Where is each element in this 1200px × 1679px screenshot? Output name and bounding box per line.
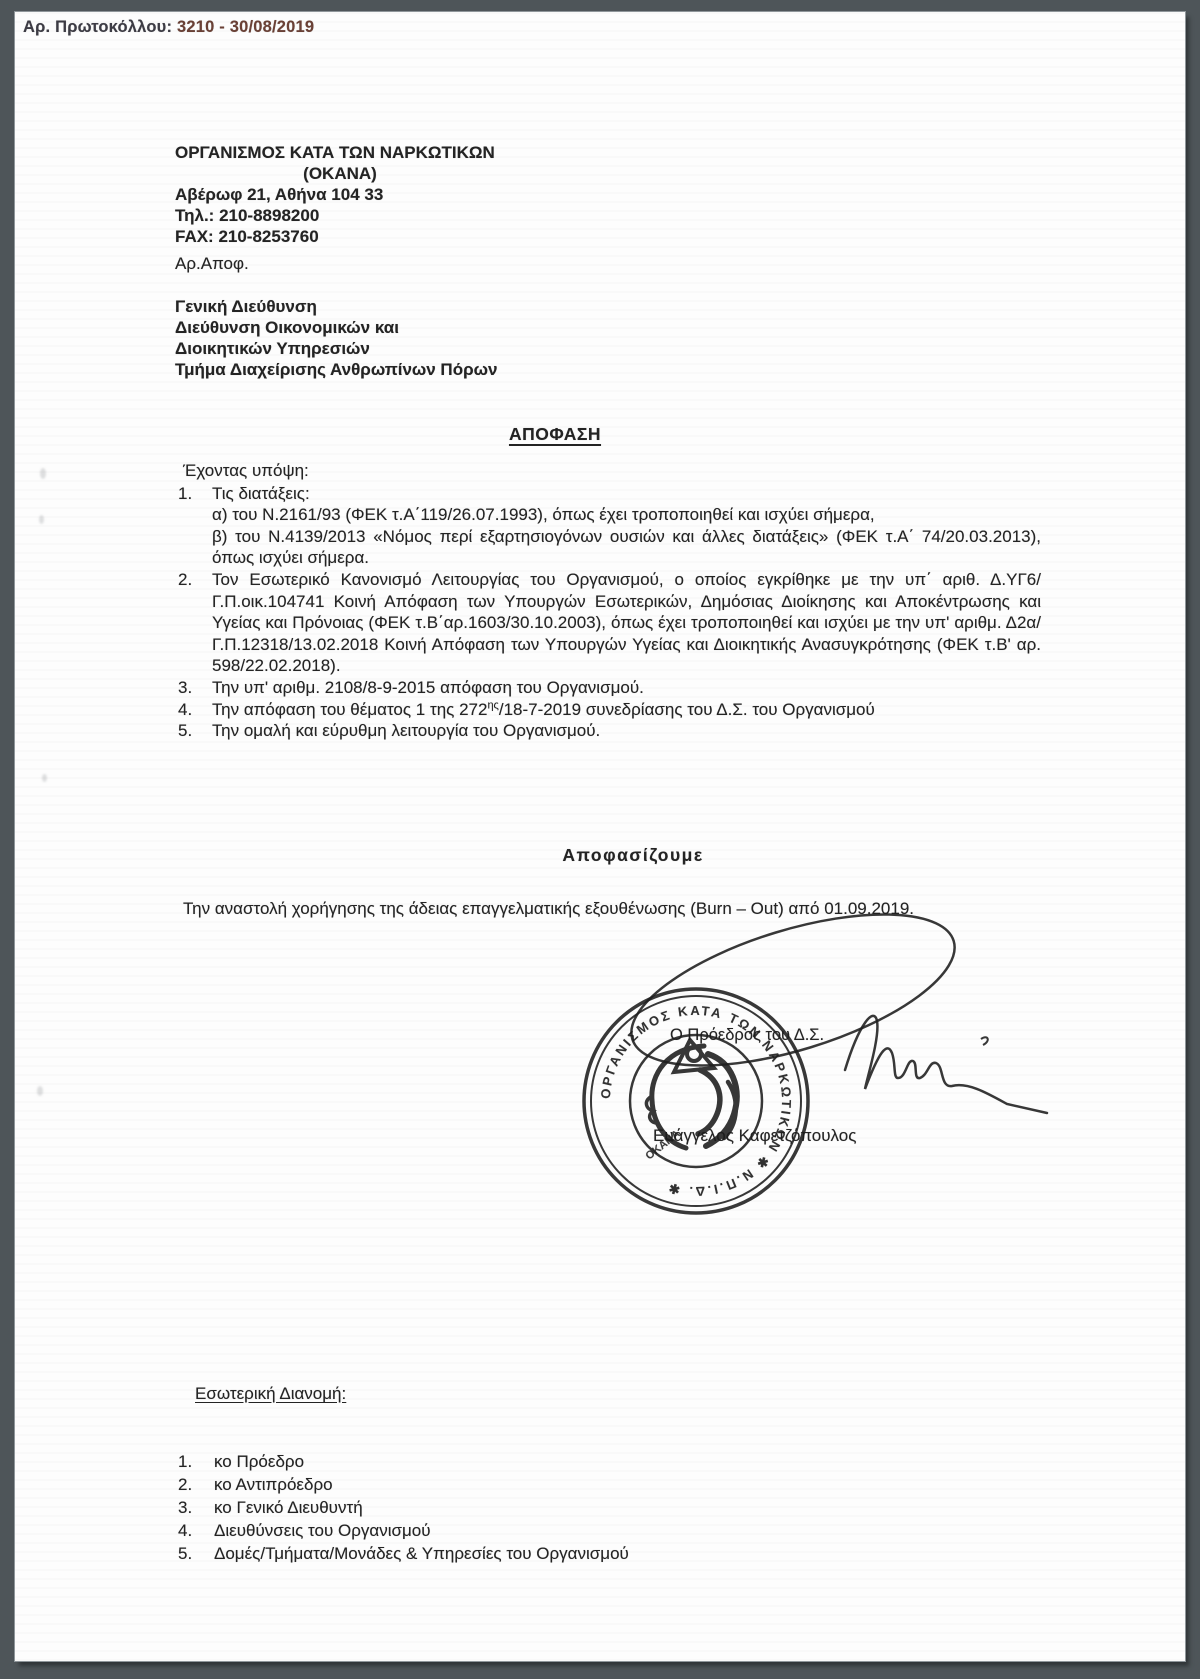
department-line: Γενική Διεύθυνση (175, 296, 545, 317)
distribution-heading: Εσωτερική Διανομή: (195, 1384, 346, 1404)
distribution-item: 5.Δομές/Τμήματα/Μονάδες & Υπηρεσίες του … (178, 1542, 629, 1565)
preamble-intro: Έχοντας υπόψη: (183, 460, 1041, 482)
scan-artifact (39, 515, 44, 524)
ordinal-superscript: ης (487, 699, 498, 711)
stamp-and-signature: ΟΡΓΑΝΙΣΜΟΣ ΚΑΤΑ ΤΩΝ ΝΑΡΚΩΤΙΚΩΝ ✱ Ν.Π.Ι.Δ… (515, 892, 1115, 1242)
decision-body: Την αναστολή χορήγησης της άδειας επαγγε… (183, 898, 1028, 920)
viewer-background: { "protocol": { "label": "Αρ. Πρωτοκόλλο… (0, 0, 1200, 1679)
signatory-name: Ευάγγελος Καφετζόπουλος (653, 1126, 856, 1146)
decision-heading: Αποφασίζουμε (103, 845, 1163, 866)
department-line: Τμήμα Διαχείρισης Ανθρωπίνων Πόρων (175, 359, 545, 380)
item-number: 2. (178, 569, 192, 591)
department-line: Διεύθυνση Οικονομικών και (175, 317, 545, 338)
org-fax: FAX: 210-8253760 (175, 226, 545, 247)
item-text: κο Αντιπρόεδρο (214, 1475, 333, 1494)
org-phone: Τηλ.: 210-8898200 (175, 205, 545, 226)
item-number: 1. (178, 483, 192, 505)
scan-artifact (42, 774, 47, 782)
item-number: 4. (178, 1519, 214, 1542)
protocol-label: Αρ. Πρωτοκόλλου: (23, 18, 172, 36)
scan-artifact (40, 468, 46, 479)
distribution-item: 2.κο Αντιπρόεδρο (178, 1473, 629, 1496)
distribution-item: 1.κο Πρόεδρο (178, 1450, 629, 1473)
preamble-section: Έχοντας υπόψη: 1. Τις διατάξεις: α) του … (183, 460, 1041, 742)
item-number: 4. (178, 699, 192, 721)
department-block: Γενική Διεύθυνση Διεύθυνση Οικονομικών κ… (175, 296, 545, 380)
distribution-item: 4.Διευθύνσεις του Οργανισμού (178, 1519, 629, 1542)
round-stamp-icon: ΟΡΓΑΝΙΣΜΟΣ ΚΑΤΑ ΤΩΝ ΝΑΡΚΩΤΙΚΩΝ ✱ Ν.Π.Ι.Δ… (584, 989, 808, 1213)
protocol-stamp: Αρ. Πρωτοκόλλου: 3210 - 30/08/2019 (23, 18, 314, 37)
item-text: κο Γενικό Διευθυντή (214, 1498, 363, 1517)
document-title: ΑΠΟΦΑΣΗ (15, 424, 1095, 445)
preamble-subitem: α) του Ν.2161/93 (ΦΕΚ τ.Α΄119/26.07.1993… (212, 504, 1041, 526)
item-text: Την ομαλή και εύρυθμη λειτουργία του Οργ… (212, 721, 600, 740)
signature-stroke (615, 892, 1047, 1113)
item-text: Δομές/Τμήματα/Μονάδες & Υπηρεσίες του Ορ… (214, 1544, 629, 1563)
item-text: Τον Εσωτερικό Κανονισμό Λειτουργίας του … (212, 570, 1041, 675)
preamble-item: 2. Τον Εσωτερικό Κανονισμό Λειτουργίας τ… (183, 569, 1041, 677)
item-number: 5. (178, 1542, 214, 1565)
item-number: 1. (178, 1450, 214, 1473)
org-abbreviation: (ΟΚΑΝΑ) (175, 163, 505, 184)
preamble-item: 4. Την απόφαση του θέματος 1 της 272ης/1… (183, 699, 1041, 721)
preamble-item: 5. Την ομαλή και εύρυθμη λειτουργία του … (183, 720, 1041, 742)
item-text: Την υπ' αριθμ. 2108/8-9-2015 απόφαση του… (212, 678, 644, 697)
item-text: Διευθύνσεις του Οργανισμού (214, 1521, 431, 1540)
item-number: 2. (178, 1473, 214, 1496)
decision-number-label: Αρ.Αποφ. (175, 253, 545, 274)
item-text: κο Πρόεδρο (214, 1452, 304, 1471)
item-number: 3. (178, 1496, 214, 1519)
scan-artifact (37, 1086, 43, 1096)
protocol-value: 3210 - 30/08/2019 (177, 18, 314, 36)
letterhead: ΟΡΓΑΝΙΣΜΟΣ ΚΑΤΑ ΤΩΝ ΝΑΡΚΩΤΙΚΩΝ (ΟΚΑΝΑ) Α… (175, 142, 545, 380)
item-number: 3. (178, 677, 192, 699)
document-page: Αρ. Πρωτοκόλλου: 3210 - 30/08/2019 ΟΡΓΑΝ… (15, 12, 1185, 1661)
preamble-subitem: β) του Ν.4139/2013 «Νόμος περί εξαρτησιο… (212, 526, 1041, 569)
preamble-item: 1. Τις διατάξεις: α) του Ν.2161/93 (ΦΕΚ … (183, 483, 1041, 569)
distribution-item: 3.κο Γενικό Διευθυντή (178, 1496, 629, 1519)
distribution-list: 1.κο Πρόεδρο 2.κο Αντιπρόεδρο 3.κο Γενικ… (178, 1450, 629, 1565)
department-line: Διοικητικών Υπηρεσιών (175, 338, 545, 359)
item-number: 5. (178, 720, 192, 742)
item-text: Την απόφαση του θέματος 1 της 272ης/18-7… (212, 700, 875, 719)
item-text: Τις διατάξεις: (212, 484, 310, 503)
preamble-item: 3. Την υπ' αριθμ. 2108/8-9-2015 απόφαση … (183, 677, 1041, 699)
org-address: Αβέρωφ 21, Αθήνα 104 33 (175, 184, 545, 205)
signatory-role: Ο Πρόεδρος του Δ.Σ. (670, 1026, 824, 1045)
org-name: ΟΡΓΑΝΙΣΜΟΣ ΚΑΤΑ ΤΩΝ ΝΑΡΚΩΤΙΚΩΝ (175, 142, 545, 163)
